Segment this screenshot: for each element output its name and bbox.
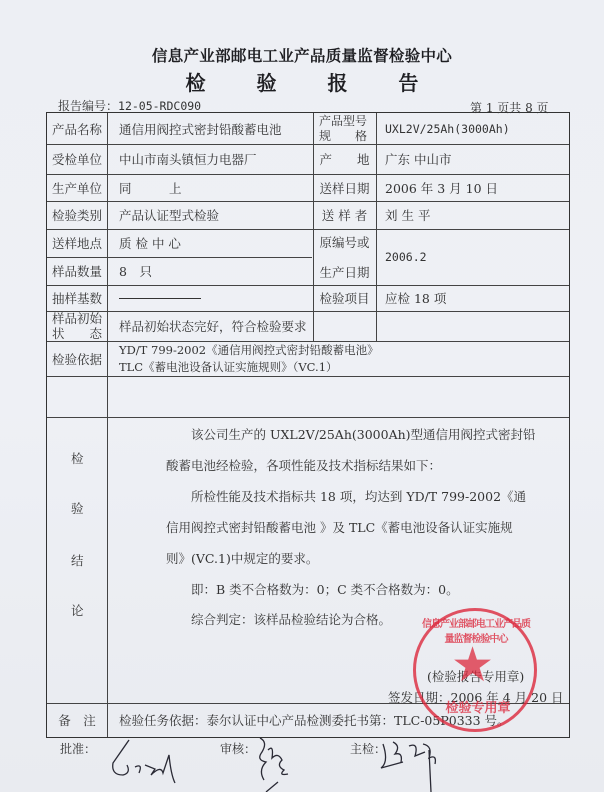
conclusion-line: 所检性能及技术指标共 18 项，均达到 YD/T 799-2002《通: [191, 487, 526, 505]
conclusion-label-char: 论: [71, 601, 84, 619]
value-submission-date: 2006 年 3 月 10 日: [385, 174, 498, 201]
label-initial-state: 样品初始 状 态: [47, 311, 107, 341]
label-inspection-basis: 检验依据: [47, 341, 107, 376]
label-line: 生产日期: [319, 263, 369, 281]
label-line: 产品型号: [319, 114, 367, 129]
label-product-name: 产品名称: [47, 113, 107, 144]
conclusion-line: 则》(VC.1)中规定的要求。: [166, 549, 318, 567]
value-manufacturer: 同 上: [119, 174, 182, 201]
label-test-items: 检验项目: [313, 285, 376, 311]
conclusion-line: 综合判定：该样品检验结论为合格。: [191, 610, 391, 628]
label-line: 原编号或: [319, 233, 369, 251]
label-sampling-base: 抽样基数: [47, 285, 107, 311]
col-divider: [376, 113, 377, 341]
seal-center-text: 检验专用章: [436, 697, 520, 716]
label-model-spec: 产品型号 规 格: [313, 113, 376, 144]
value-inspection-type: 产品认证型式检验: [119, 201, 219, 229]
conclusion-line: 即：B 类不合格数为：0；C 类不合格数为：0。: [191, 580, 459, 598]
value-initial-state: 样品初始状态完好，符合检验要求: [119, 311, 307, 341]
report-page: 信息产业部邮电工业产品质量监督检验中心 检 验 报 告 报告编号：12-05-R…: [0, 0, 604, 792]
reviewer-signature: [248, 730, 318, 792]
value-submitter: 刘 生 平: [385, 201, 430, 229]
row-divider: [47, 376, 569, 377]
value-inspected-unit: 中山市南头镇恒力电器厂: [119, 144, 257, 174]
conclusion-label-char: 结: [71, 551, 84, 569]
value-sampling-base: [119, 285, 201, 311]
conclusion-line: 信用阀控式密封铅酸蓄电池 》及 TLC《蓄电池设备认证实施规: [166, 518, 513, 536]
label-manufacturer: 生产单位: [47, 174, 107, 201]
label-original-number: 原编号或 生产日期: [313, 229, 376, 285]
star-icon: ★: [451, 641, 494, 689]
empty-dash: [119, 298, 201, 299]
label-line: 状 态: [52, 326, 102, 341]
value-model-spec: UXL2V/25Ah(3000Ah): [385, 113, 510, 144]
conclusion-label-char: 验: [71, 499, 84, 517]
approver-signature: [105, 735, 185, 790]
label-origin: 产 地: [313, 144, 376, 174]
label-sample-quantity: 样品数量: [47, 257, 107, 285]
label-inspected-unit: 受检单位: [47, 144, 107, 174]
report-number-value: 12-05-RDC090: [118, 99, 201, 113]
official-seal: 信息产业部邮电工业产品质量监督检验中心 ★ 检验专用章: [413, 608, 537, 732]
label-remarks: 备 注: [47, 703, 107, 737]
conclusion-label-char: 检: [71, 449, 84, 467]
basis-line: TLC《蓄电池设备认证实施规则》（VC.1）: [119, 359, 338, 376]
organization-title: 信息产业部邮电工业产品质量监督检验中心: [0, 44, 604, 66]
document-title: 检 验 报 告: [0, 67, 604, 96]
value-inspection-basis: YD/T 799-2002《通信用阀控式密封铅酸蓄电池》 TLC《蓄电池设备认证…: [119, 341, 379, 376]
label-line: 样品初始: [52, 311, 102, 326]
conclusion-line: 酸蓄电池经检验，各项性能及技术指标结果如下：: [166, 456, 441, 474]
value-submission-location: 质 检 中 心: [119, 229, 181, 257]
label-submission-date: 送样日期: [313, 174, 376, 201]
value-origin: 广东 中山市: [385, 144, 451, 174]
label-inspection-type: 检验类别: [47, 201, 107, 229]
value-test-items: 应检 18 项: [385, 285, 446, 311]
approve-label: 批准：: [60, 740, 96, 757]
report-number-label: 报告编号：: [58, 99, 118, 113]
label-submitter: 送 样 者: [313, 201, 376, 229]
basis-line: YD/T 799-2002《通信用阀控式密封铅酸蓄电池》: [119, 342, 379, 359]
inspector-signature: [375, 732, 465, 792]
label-submission-location: 送样地点: [47, 229, 107, 257]
value-production-date: 2006.2: [385, 229, 427, 285]
conclusion-line: 该公司生产的 UXL2V/25Ah(3000Ah)型通信用阀控式密封铅: [191, 425, 536, 443]
value-product-name: 通信用阀控式密封铅酸蓄电池: [119, 113, 282, 144]
row-divider: [47, 417, 569, 418]
value-sample-quantity: 8 只: [119, 257, 152, 285]
col-divider: [107, 113, 108, 737]
label-line: 规 格: [319, 129, 367, 144]
